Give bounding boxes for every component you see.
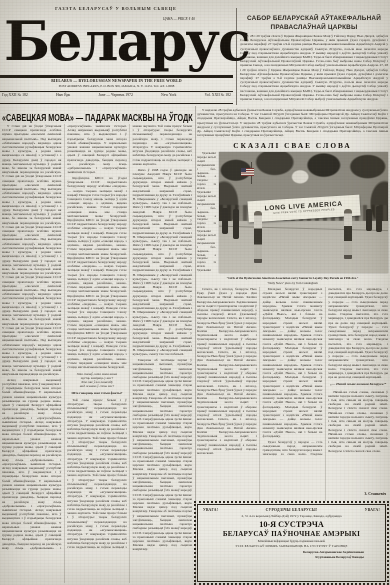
ad-organizer-line2: Згуртаваньне Беларусаў Канады <box>203 555 364 559</box>
ad-attention-row: УВАГА! СУРОДЗІЧЫ БЕЛАРУСЫ! УВАГА! <box>203 508 380 512</box>
spoke-pullquote: „— Няхай жыве вольная Беларусь!“ <box>328 382 388 386</box>
american-flag-icon <box>241 168 254 176</box>
ad-organizers: Беларуска-Амэрыканскае Задзіночаньне Згу… <box>203 550 380 559</box>
spoke-paragraph: Сёлета, як і штогод, беларусы Нью Ёрку ў… <box>197 287 257 455</box>
ad-note2: УСІХ БЕЛАРУСАЎ ШЧЫРА ЗАПРАШАЮЦЬ НА СУСТР… <box>203 544 380 548</box>
dateline-volume-en: Vol. XXII № 182 <box>205 93 231 97</box>
banner-carrier-left <box>254 211 262 263</box>
dateline-city-en: New York <box>161 93 176 97</box>
lead-paragraph: Кіраўніцтва КПСС на ўгодкі ўтварэньня СС… <box>67 176 126 369</box>
dateline-date: June — Чэрвень 1972 <box>98 93 132 97</box>
spoke-heading: СКАЗАЛІ СВАЕ СЛОВА <box>197 141 388 150</box>
lead-headline-text: «САВЕЦКАЯ МОВА» — ПАДАРАК МАСКВЫ НА ЎГОД… <box>2 113 193 124</box>
parade-photo: LONG LIVE AMERICA GIVE FREE VOTE TO OPPR… <box>219 152 388 273</box>
masthead-rule-thick <box>0 75 233 78</box>
spoke-paragraph: Маладыя беларускі ў народных строях несь… <box>263 287 323 438</box>
photo-caption-line1: "Girls of the Byelorussian American Asso… <box>197 276 388 280</box>
bystander <box>222 208 228 234</box>
article-signature: З. Станкевіч <box>300 492 386 496</box>
ad-date-line: 2, 3 і 4-га верасьня (Лэйбар-Дэй) 1972 у… <box>203 514 380 518</box>
lead-paragraph: Яшчэ ў 1968 годзе ў дакладзе на пленуме … <box>133 168 192 357</box>
spoke-article-columns: Сёлета, як і штогод, беларусы Нью Ёрку ў… <box>197 287 388 501</box>
lead-article-columns: У гэтыя дні на ўгодкі ўтварэньня СССР са… <box>2 124 192 583</box>
spoke-paragraph: Няхай-жа гэтыя словы, сказаныя ў вялікім… <box>328 390 388 453</box>
side-paragraph: Удзельнікі парады несьлі сьцягі амэрыкан… <box>197 152 216 273</box>
lead-paragraph: У гэтыя дні на ўгодкі ўтварэньня СССР са… <box>2 124 61 376</box>
announcement-box: УВАГА! СУРОДЗІЧЫ БЕЛАРУСЫ! УВАГА! 2, 3 і… <box>197 504 386 582</box>
ad-attention-left: УВАГА! <box>203 508 218 512</box>
newspaper-scan: { "page": {"background": "#e9e7e0", "ink… <box>0 0 390 585</box>
bystander <box>376 206 382 232</box>
ad-title-line2: БЕЛАРУСАЎ ПАЎНОЧНАЕ АМЭРЫКІ <box>203 530 380 538</box>
masthead-column-divider <box>236 8 237 105</box>
sabor-headline-line1: САБОР БЕЛАРУСКАЙ АЎТАКЕФАЛЬНАЙ <box>240 15 388 22</box>
lead-subhead: Што гавораць нам гэтыя факты? <box>67 391 126 395</box>
masthead-dateline: Год XXII № 182 Нью Ёрк June — Чэрвень 19… <box>2 93 231 97</box>
bystander <box>366 209 372 231</box>
photo-side-column: Удзельнікі парады несьлі сьцягі амэрыкан… <box>197 152 216 273</box>
dateline-city-by: Нью Ёрк <box>56 93 70 97</box>
banner-carrier-right <box>344 209 352 259</box>
ad-note1: Бліжэйшыя інфармацыі будуць падаваныя па… <box>203 539 380 543</box>
bystander <box>233 209 239 239</box>
masthead-title: Беларус <box>4 10 234 72</box>
ad-attention-center: СУРОДЗІЧЫ БЕЛАРУСЫ! <box>266 508 318 512</box>
lead-verse: Хто сказаў, што мова наша мусіць замірац… <box>67 372 126 389</box>
photo-caption-line2: "Daily News" photo by Tom Cunningham <box>197 281 388 285</box>
sabor-headline-line2: ПРАВАСЛАЎНАЙ ЦАРКВЫ <box>240 24 388 31</box>
masthead-rule-thin-bottom <box>0 103 233 104</box>
main-column-divider <box>195 106 196 583</box>
sabor-body-wide: У нядзелю 28 траўня адбылася ўрачыстая Б… <box>197 108 388 141</box>
ad-title-line1: 10-Я СУСТРЭЧА <box>203 520 380 529</box>
ad-attention-right: УВАГА! <box>365 508 380 512</box>
masthead-rule-thin-top <box>0 91 233 92</box>
sabor-paragraph: 27, 28 і 29 траўня сёлета ў Царкве Жыров… <box>240 34 388 101</box>
sabor-paragraph: У нядзелю 28 траўня адбылася ўрачыстая Б… <box>197 108 388 137</box>
masthead-address-en: POST ADDRESS: BIELARUS, P. O. BOX 309, J… <box>0 84 233 88</box>
sabor-body-top: 27, 28 і 29 траўня сёлета ў Царкве Жыров… <box>240 34 388 105</box>
dateline-volume-by: Год XXII № 182 <box>2 93 28 97</box>
lead-paragraph: Гаворачы аб палітыцы партыі ў нацыянальн… <box>133 358 192 551</box>
masthead-subtitle-en: BIELARUS — BYELORUSSIAN NEWSPAPER IN THE… <box>0 79 233 83</box>
